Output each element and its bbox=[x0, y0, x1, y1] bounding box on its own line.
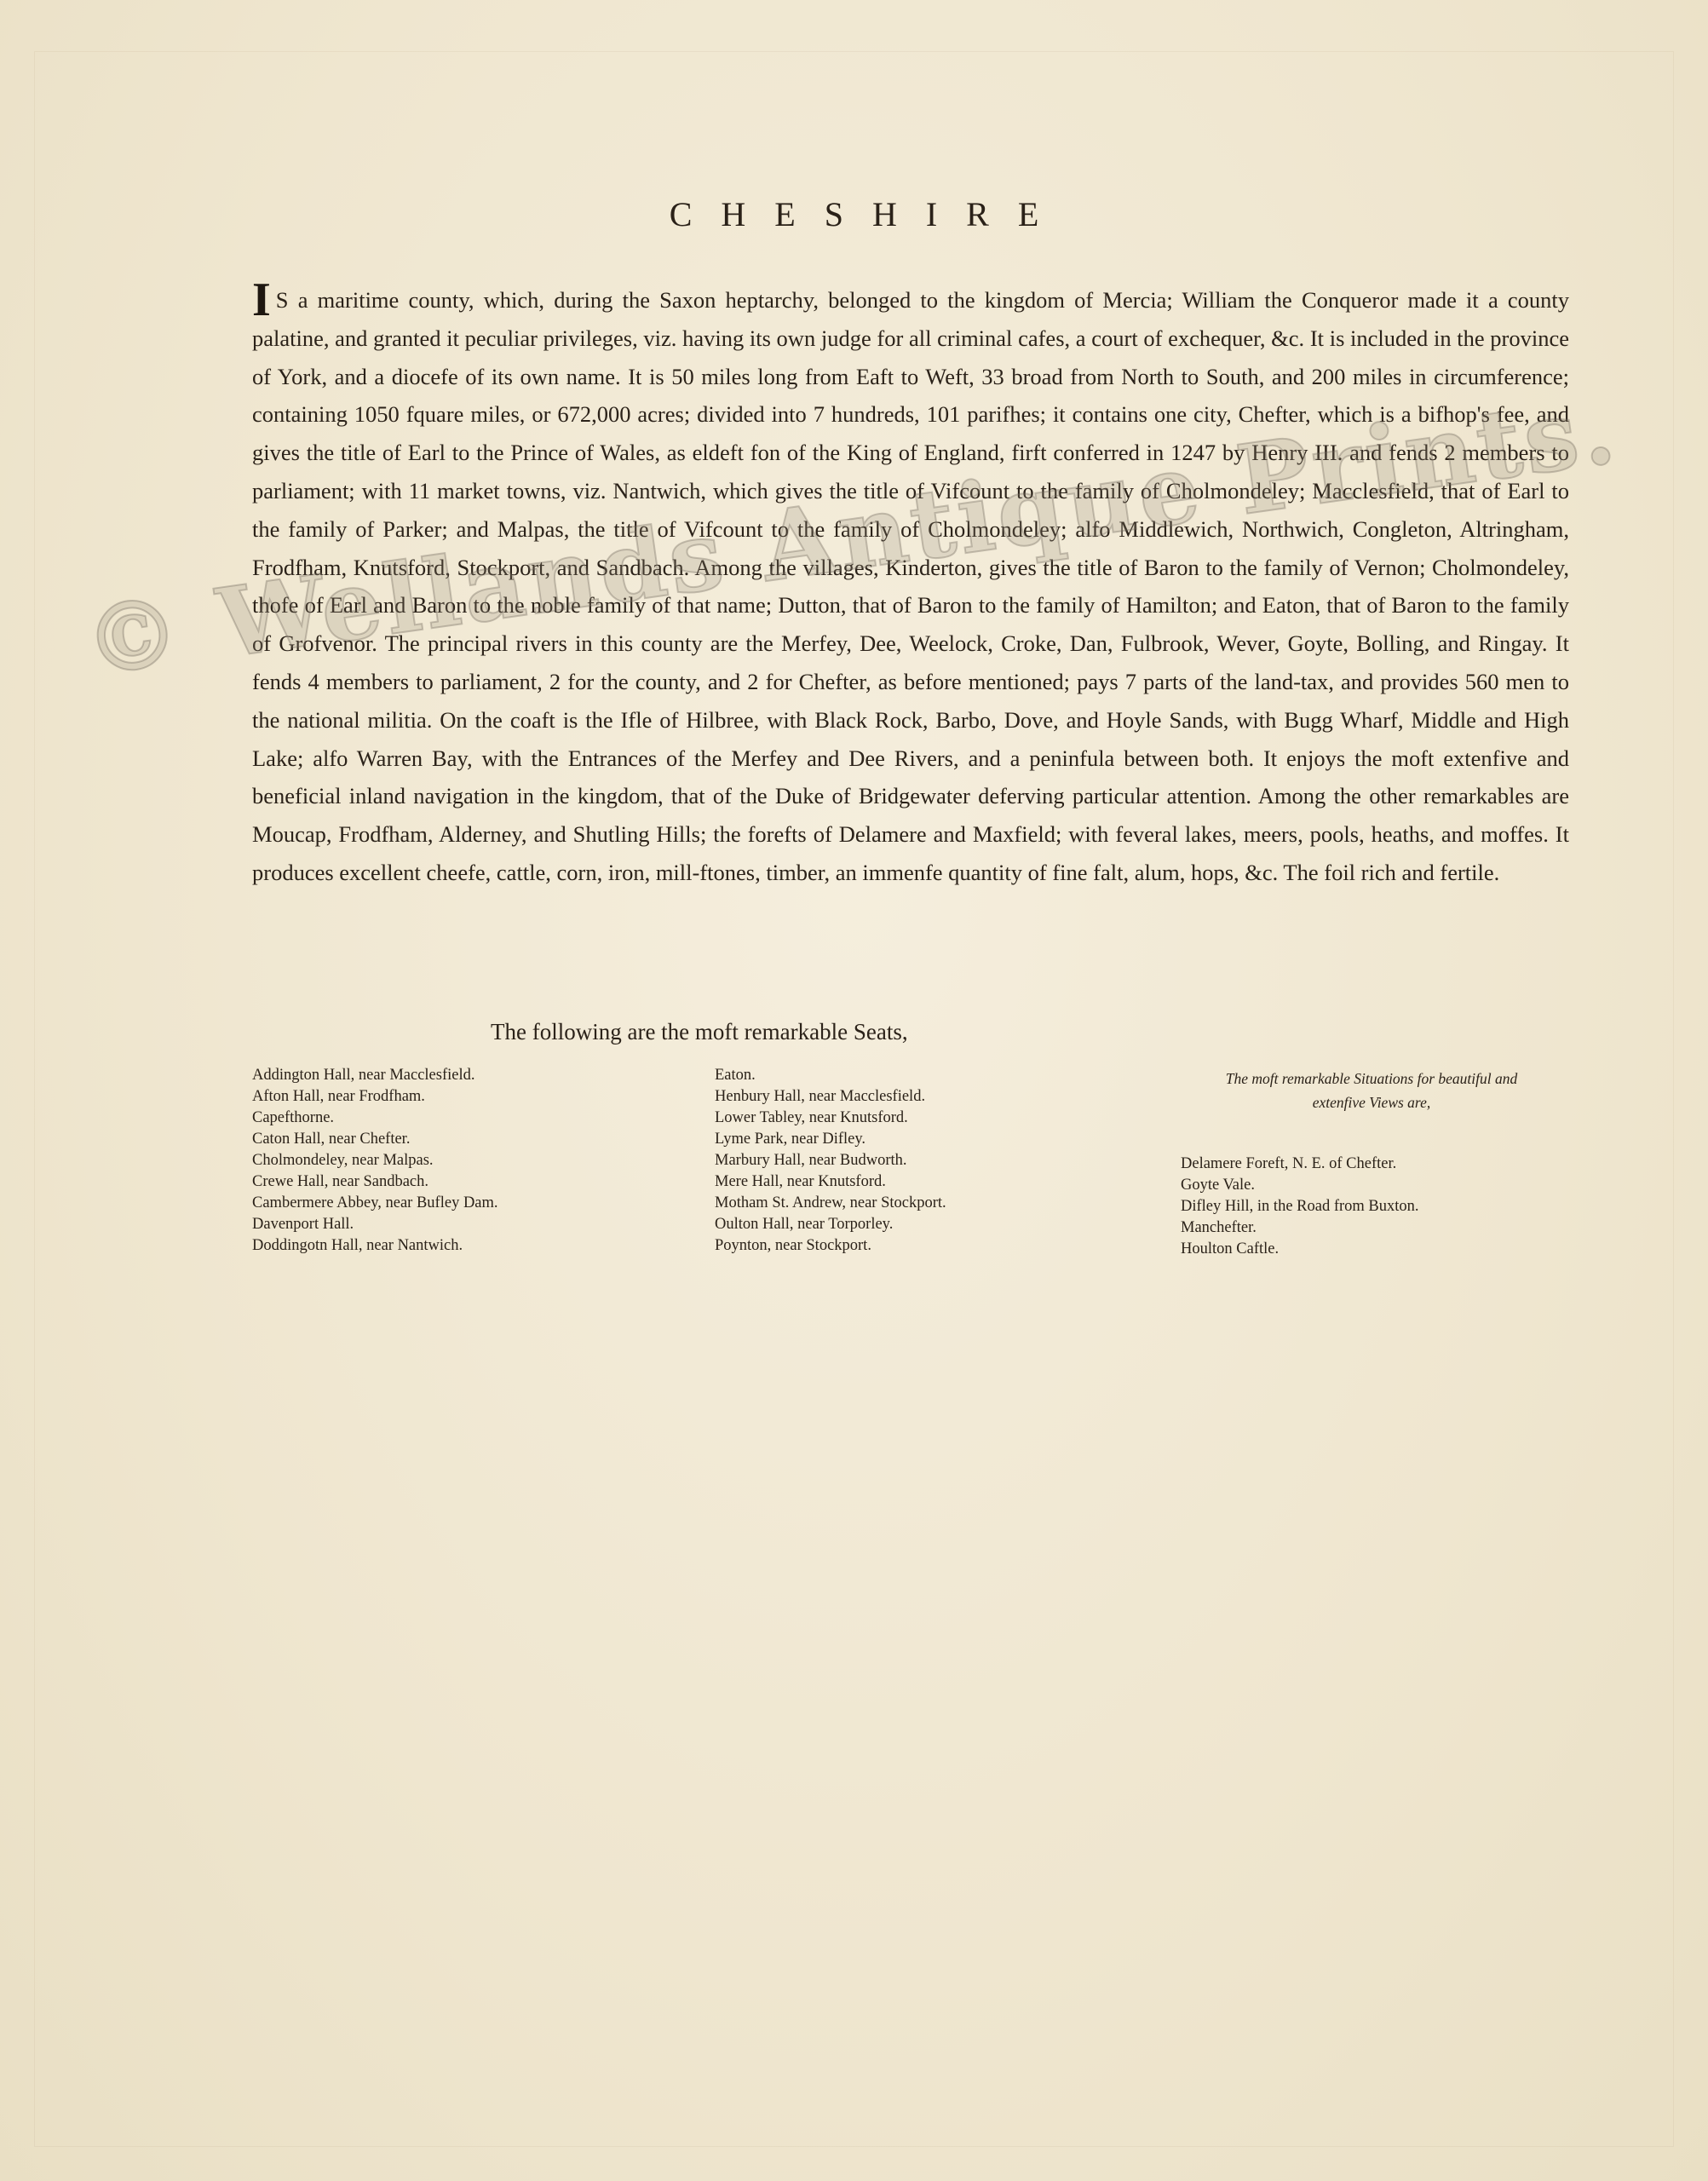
seat-item: Doddingotn Hall, near Nantwich. bbox=[252, 1235, 498, 1257]
county-description: IS a maritime county, which, during the … bbox=[252, 281, 1569, 892]
seat-item: Davenport Hall. bbox=[252, 1214, 498, 1235]
views-column: Delamere Foreft, N. E. of Chefter. Goyte… bbox=[1181, 1154, 1419, 1260]
seat-item: Marbury Hall, near Budworth. bbox=[715, 1150, 946, 1171]
seat-item: Motham St. Andrew, near Stockport. bbox=[715, 1193, 946, 1214]
seat-item: Capefthorne. bbox=[252, 1108, 498, 1129]
seat-item: Crewe Hall, near Sandbach. bbox=[252, 1171, 498, 1193]
page-title: CHESHIRE bbox=[0, 194, 1708, 234]
view-item: Difley Hill, in the Road from Buxton. bbox=[1181, 1196, 1419, 1217]
description-text: S a maritime county, which, during the S… bbox=[252, 287, 1569, 885]
view-item: Delamere Foreft, N. E. of Chefter. bbox=[1181, 1154, 1419, 1175]
seat-item: Oulton Hall, near Torporley. bbox=[715, 1214, 946, 1235]
seats-heading: The following are the moft remarkable Se… bbox=[491, 1019, 908, 1045]
seat-item: Henbury Hall, near Macclesfield. bbox=[715, 1086, 946, 1108]
seat-item: Cambermere Abbey, near Bufley Dam. bbox=[252, 1193, 498, 1214]
seat-item: Caton Hall, near Chefter. bbox=[252, 1129, 498, 1150]
drop-cap: I bbox=[252, 283, 271, 317]
views-heading-line-2: extenfive Views are, bbox=[1176, 1090, 1567, 1114]
seats-column-1: Addington Hall, near Macclesfield. Afton… bbox=[252, 1065, 498, 1257]
seat-item: Eaton. bbox=[715, 1065, 946, 1086]
views-heading-line-1: The moft remarkable Situations for beaut… bbox=[1176, 1067, 1567, 1090]
seat-item: Lyme Park, near Difley. bbox=[715, 1129, 946, 1150]
seat-item: Lower Tabley, near Knutsford. bbox=[715, 1108, 946, 1129]
view-item: Manchefter. bbox=[1181, 1217, 1419, 1239]
seat-item: Afton Hall, near Frodfham. bbox=[252, 1086, 498, 1108]
view-item: Goyte Vale. bbox=[1181, 1175, 1419, 1196]
view-item: Houlton Caftle. bbox=[1181, 1239, 1419, 1260]
seat-item: Mere Hall, near Knutsford. bbox=[715, 1171, 946, 1193]
seat-item: Addington Hall, near Macclesfield. bbox=[252, 1065, 498, 1086]
views-heading: The moft remarkable Situations for beaut… bbox=[1176, 1067, 1567, 1114]
seat-item: Cholmondeley, near Malpas. bbox=[252, 1150, 498, 1171]
seat-item: Poynton, near Stockport. bbox=[715, 1235, 946, 1257]
seats-column-2: Eaton. Henbury Hall, near Macclesfield. … bbox=[715, 1065, 946, 1257]
